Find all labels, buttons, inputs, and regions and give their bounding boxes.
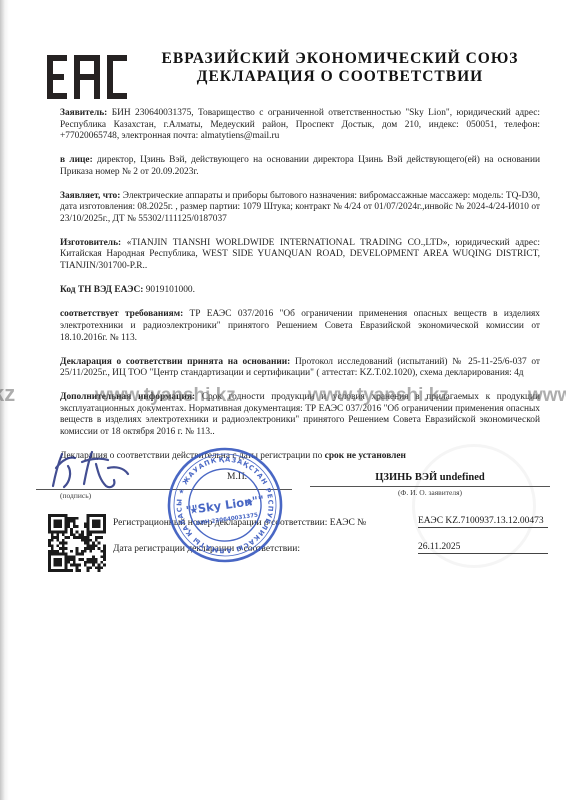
paragraph-label: Заявитель: [60,108,107,118]
paragraph-basis: Декларация о соответствии принята на осн… [60,357,540,380]
paragraph-label: соответствует требованиям: [60,309,183,319]
qr-code [48,514,106,572]
paragraph-text: директор, Цзинь Вэй, действующего на осн… [60,155,540,177]
paragraph-label: Дополнительная информация: [60,392,195,402]
paragraph-tnved-code: Код ТН ВЭД ЕАЭС: 9019101000. [60,285,540,297]
paragraph-text: 9019101000. [146,285,195,295]
watermark-left-fragment: kz [0,381,15,407]
paragraph-label: Изготовитель: [60,238,121,248]
paragraph-text: «TIANJIN TIANSHI WORLDWIDE INTERNATIONAL… [60,238,540,271]
paragraph-manufacturer: Изготовитель: «TIANJIN TIANSHI WORLDWIDE… [60,238,540,273]
paragraph-declares: Заявляет, что: Электрические аппараты и … [60,191,540,226]
stamp-star-right: ★ [244,497,254,509]
applicant-name-block: ЦЗИНЬ ВЭЙ undefined (Ф. И. О. заявителя) [310,472,550,497]
paragraph-requirements: соответствует требованиям: ТР ЕАЭС 037/2… [60,309,540,344]
validity-term: срок не установлен [325,451,406,461]
paragraph-label: Декларация о соответствии принята на осн… [60,357,290,367]
eac-logo-icon [47,55,127,99]
title-line-1: ЕВРАЗИЙСКИЙ ЭКОНОМИЧЕСКИЙ СОЮЗ [128,50,552,68]
paragraph-applicant: Заявитель: БИН 230640031375, Товариществ… [60,108,540,143]
handwritten-signature [48,446,148,494]
page-edge-shadow [0,0,9,800]
name-caption: (Ф. И. О. заявителя) [310,488,550,497]
document-title: ЕВРАЗИЙСКИЙ ЭКОНОМИЧЕСКИЙ СОЮЗ ДЕКЛАРАЦИ… [128,50,552,86]
company-stamp: ҚАЗАҚСТАН РЕСПУБЛИКАСЫ АЛМАТЫ ҚАЛАСЫ ★ Ж… [165,445,285,565]
document-body: Заявитель: БИН 230640031375, Товариществ… [60,108,540,472]
paragraph-label: Код ТН ВЭД ЕАЭС: [60,285,143,295]
registration-date-value: 26.11.2025 [418,542,548,554]
paragraph-text: Электрические аппараты и приборы бытовог… [60,191,540,224]
paragraph-label: в лице: [60,155,93,165]
paragraph-additional-info: Дополнительная информация: Срок годности… [60,392,540,439]
paragraph-represented-by: в лице: директор, Цзинь Вэй, действующег… [60,155,540,178]
applicant-name: ЦЗИНЬ ВЭЙ undefined [310,472,550,483]
declaration-document: ЕВРАЗИЙСКИЙ ЭКОНОМИЧЕСКИЙ СОЮЗ ДЕКЛАРАЦИ… [0,0,566,800]
registration-number-value: ЕАЭС KZ.7100937.13.12.00473 [418,516,548,528]
paragraph-text: БИН 230640031375, Товарищество с огранич… [60,108,540,141]
name-line [310,486,550,487]
paragraph-label: Заявляет, что: [60,191,120,201]
title-line-2: ДЕКЛАРАЦИЯ О СООТВЕТСТВИИ [128,68,552,86]
